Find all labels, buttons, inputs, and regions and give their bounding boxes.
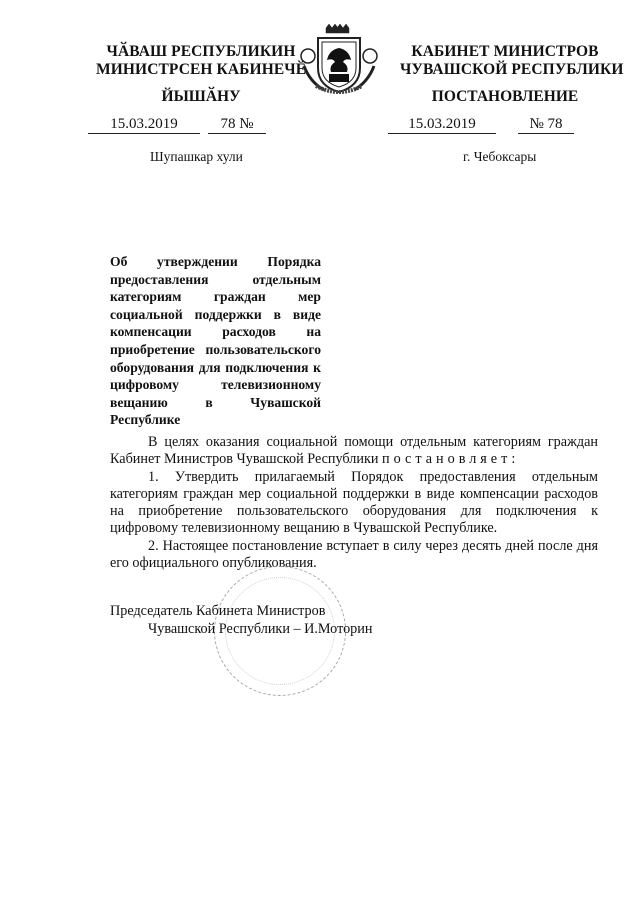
coat-of-arms-icon (296, 20, 382, 98)
place-right: г. Чебоксары (463, 149, 536, 165)
preamble-colon: : (511, 451, 515, 467)
preamble-text: В целях оказания социальной помощи отдел… (110, 434, 598, 467)
place-left: Шупашкар хули (150, 149, 243, 165)
document-page: ЧӐВАШ РЕСПУБЛИКИН МИНИСТРСЕН КАБИНЕЧӖ ЙЫ… (0, 0, 640, 905)
header-right-org: КАБИНЕТ МИНИСТРОВ ЧУВАШСКОЙ РЕСПУБЛИКИ (400, 43, 610, 79)
doc-type-left: ЙЫШӐНУ (96, 88, 306, 106)
header-left-line-2: МИНИСТРСЕН КАБИНЕЧӖ (96, 61, 306, 79)
header-left-org: ЧӐВАШ РЕСПУБЛИКИН МИНИСТРСЕН КАБИНЕЧӖ (96, 43, 306, 79)
signature-line-2: Чувашской Республики – И.Моторин (148, 621, 372, 638)
document-title: Об утверждении Порядка предоставления от… (110, 253, 321, 429)
number-right: № 78 (518, 116, 574, 134)
header-left-line-1: ЧӐВАШ РЕСПУБЛИКИН (96, 43, 306, 61)
preamble: В целях оказания социальной помощи отдел… (110, 434, 598, 469)
clause-1: 1. Утвердить прилагаемый Порядок предост… (110, 469, 598, 538)
preamble-keyword: постановляет (382, 451, 511, 467)
date-right: 15.03.2019 (388, 116, 496, 134)
header-right-line-2: ЧУВАШСКОЙ РЕСПУБЛИКИ (400, 61, 610, 79)
number-left: 78 № (208, 116, 266, 134)
document-body: В целях оказания социальной помощи отдел… (110, 434, 598, 572)
clause-2: 2. Настоящее постановление вступает в си… (110, 538, 598, 573)
date-left: 15.03.2019 (88, 116, 200, 134)
doc-type-right: ПОСТАНОВЛЕНИЕ (400, 88, 610, 106)
signature-line-1: Председатель Кабинета Министров (110, 603, 325, 620)
header-right-line-1: КАБИНЕТ МИНИСТРОВ (400, 43, 610, 61)
